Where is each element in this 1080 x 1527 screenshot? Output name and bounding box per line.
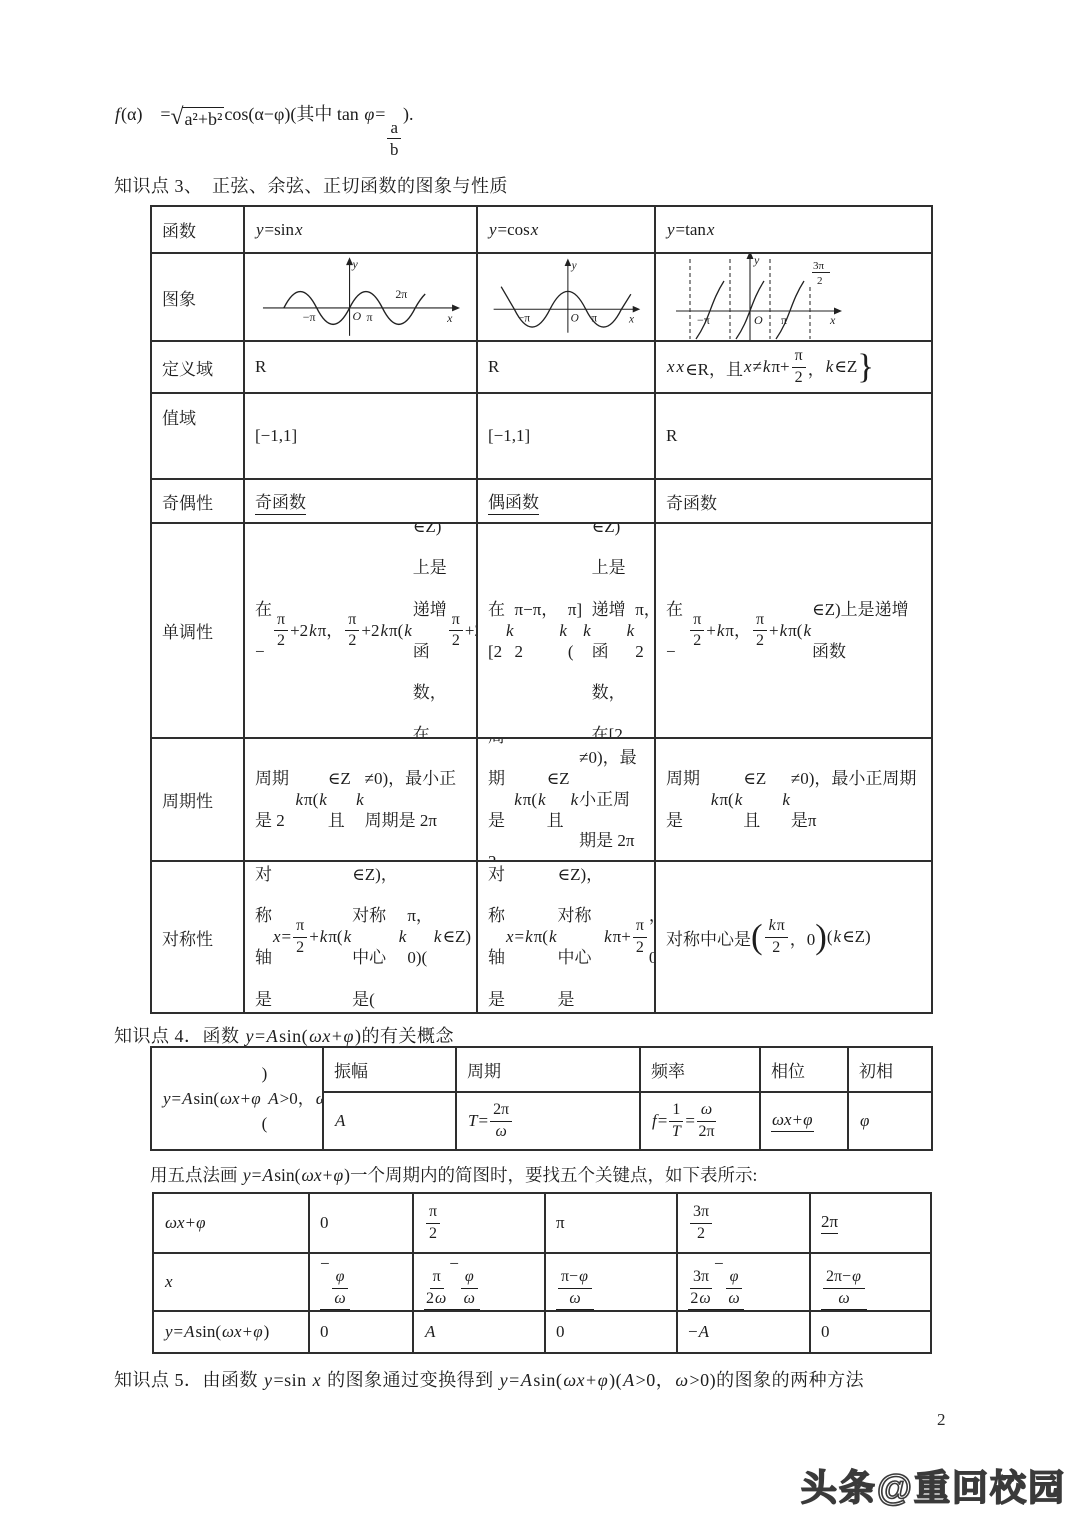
axis-label-y: y [753, 253, 760, 267]
header-initial-phase: 初相 [848, 1047, 932, 1092]
five-point-intro: 用五点法画 y=Asin(ωx+φ)一个周期内的简图时，要找五个关键点，如下表所… [150, 1162, 757, 1187]
tick-label-3pi2-den: 2 [817, 275, 823, 287]
tick-label-pi: π [366, 310, 372, 324]
cell-symmetry-cos: 对称轴是 x=kπ(k∈Z)，对称中心是 kπ+π2，0(k∈Z) [477, 861, 655, 1013]
axes [676, 257, 836, 340]
tick-label-origin: O [754, 313, 763, 327]
axes [263, 263, 454, 336]
cell-parity-cos: 偶函数 [477, 479, 655, 523]
tick-label-pi: π [781, 313, 787, 327]
cell-y-3: 0 [545, 1311, 677, 1353]
cell-domain-cos: R [477, 341, 655, 393]
y-arrow [747, 253, 754, 259]
cell-periodicity-cos: 周期是 2kπ(k∈Z 且 k≠0)，最小正周期是 2π [477, 738, 655, 861]
trig-properties-table: 函数 y=sin x y=cos x y=tan x 图象 y x −π O π… [150, 205, 933, 1014]
cell-y-4: −A [677, 1311, 810, 1353]
row-head-wxphi: ωx+φ [153, 1193, 309, 1253]
cell-wxphi-5: 2π [810, 1193, 931, 1253]
tick-label-2pi: 2π [395, 287, 407, 301]
cell-symmetry-tan: 对称中心是(kπ2，0)(k∈Z) [655, 861, 932, 1013]
cell-domain-sin: R [244, 341, 477, 393]
cell-graph-sin: y x −π O π 2π [244, 253, 477, 341]
tick-label-origin: O [571, 312, 579, 324]
document-page: f(α) =√a²+b²cos(α−φ)(其中 tan φ=ab). 知识点 3… [0, 0, 1080, 1527]
cell-frequency: f=1T=ω2π [640, 1092, 760, 1150]
cell-y-5: 0 [810, 1311, 931, 1353]
cell-monotonicity-tan: 在−π2+kπ，π2+kπ(k∈Z)上是递增函数 [655, 523, 932, 738]
cell-function-tan: y=tan x [655, 206, 932, 253]
axis-label-x: x [446, 311, 453, 325]
cell-wxphi-4: 3π2 [677, 1193, 810, 1253]
axis-label-x: x [628, 313, 634, 325]
cell-x-3: π−φω [545, 1253, 677, 1311]
cell-function-sin: y=sin x [244, 206, 477, 253]
tick-label-pi: π [591, 312, 597, 324]
row-label-parity: 奇偶性 [151, 479, 244, 523]
cell-domain-tan: xx∈R，且 x ≠kπ+π2， k∈Z} [655, 341, 932, 393]
cell-periodicity-tan: 周期是 kπ(k∈Z 且 k≠0)，最小正周期是π [655, 738, 932, 861]
cell-parity-tan: 奇函数 [655, 479, 932, 523]
cell-parity-sin: 奇函数 [244, 479, 477, 523]
cell-wxphi-2: π2 [413, 1193, 545, 1253]
cell-wxphi-3: π [545, 1193, 677, 1253]
cell-corner-function: y=Asin(ωx+φ)(A>0，ω>0) [151, 1047, 323, 1150]
sine-graph: y x −π O π 2π [255, 255, 466, 339]
cell-phase: ωx+φ [760, 1092, 848, 1150]
header-frequency: 频率 [640, 1047, 760, 1092]
cell-amplitude: A [323, 1092, 456, 1150]
header-period: 周期 [456, 1047, 640, 1092]
cell-monotonicity-cos: 在[2kπ−π，2kπ](k∈Z)上是递增函数，在[2kπ，2kπ+π](k∈Z… [477, 523, 655, 738]
formula-falpha: f(α) =√a²+b²cos(α−φ)(其中 tan φ=ab). [114, 100, 413, 160]
five-point-table: ωx+φ 0 π2 π 3π2 2π x −φω π2ω−φω π−φω 3π2… [152, 1192, 932, 1354]
y-arrow [565, 258, 572, 266]
tick-label-negpi: −π [303, 310, 316, 324]
cell-y-2: A [413, 1311, 545, 1353]
cell-function-cos: y=cos x [477, 206, 655, 253]
axis-label-x: x [829, 313, 836, 327]
axis-label-y: y [571, 260, 577, 272]
cell-range-cos: [−1,1] [477, 393, 655, 479]
header-amplitude: 振幅 [323, 1047, 456, 1092]
concept-table: y=Asin(ωx+φ)(A>0，ω>0) 振幅 周期 频率 相位 初相 A T… [150, 1046, 933, 1151]
cell-x-5: 2π−φω [810, 1253, 931, 1311]
header-phase: 相位 [760, 1047, 848, 1092]
x-arrow [452, 304, 460, 311]
cosine-graph: y x −π O π [488, 255, 644, 339]
section-title-k4: 知识点 4．函数 y=Asin(ωx+φ)的有关概念 [114, 1022, 454, 1048]
cell-y-1: 0 [309, 1311, 413, 1353]
tick-label-negpi: −π [518, 312, 530, 324]
row-label-domain: 定义域 [151, 341, 244, 393]
tick-label-origin: O [353, 309, 362, 323]
cell-graph-tan: y x −π O π 3π 2 [655, 253, 932, 341]
cell-period: T=2πω [456, 1092, 640, 1150]
cell-graph-cos: y x −π O π [477, 253, 655, 341]
row-head-y: y=Asin(ωx+φ) [153, 1311, 309, 1353]
row-head-x: x [153, 1253, 309, 1311]
row-label-graph: 图象 [151, 253, 244, 341]
watermark: 头条@重回校园 [801, 1460, 1066, 1511]
axis-label-y: y [352, 257, 359, 271]
cell-monotonicity-sin: 在−π2+2kπ，π2+2kπ(k∈Z)上是递增函数，在π2+2kπ，3π2+2… [244, 523, 477, 738]
cell-range-tan: R [655, 393, 932, 479]
cell-symmetry-sin: 对称轴是 x=π2+kπ(k∈Z)，对称中心是(kπ，0)(k∈Z) [244, 861, 477, 1013]
section-title-k3: 知识点 3、 正弦、余弦、正切函数的图象与性质 [114, 172, 508, 198]
cell-wxphi-1: 0 [309, 1193, 413, 1253]
cell-x-4: 3π2ω−φω [677, 1253, 810, 1311]
cell-x-2: π2ω−φω [413, 1253, 545, 1311]
row-label-monotonicity: 单调性 [151, 523, 244, 738]
row-label-symmetry: 对称性 [151, 861, 244, 1013]
x-arrow [633, 306, 641, 313]
section-title-k5: 知识点 5．由函数 y=sin x 的图象通过变换得到 y=Asin(ωx+φ)… [114, 1366, 864, 1392]
tick-label-negpi: −π [697, 313, 710, 327]
row-label-function: 函数 [151, 206, 244, 253]
row-label-periodicity: 周期性 [151, 738, 244, 861]
cell-periodicity-sin: 周期是 2kπ(k∈Z 且 k≠0)，最小正周期是 2π [244, 738, 477, 861]
page-number: 2 [937, 1410, 946, 1430]
cell-x-1: −φω [309, 1253, 413, 1311]
tangent-graph: y x −π O π 3π 2 [670, 253, 850, 341]
cell-initial-phase: φ [848, 1092, 932, 1150]
cell-range-sin: [−1,1] [244, 393, 477, 479]
tick-label-3pi2-num: 3π [813, 260, 825, 272]
row-label-range: 值域 [151, 393, 244, 479]
